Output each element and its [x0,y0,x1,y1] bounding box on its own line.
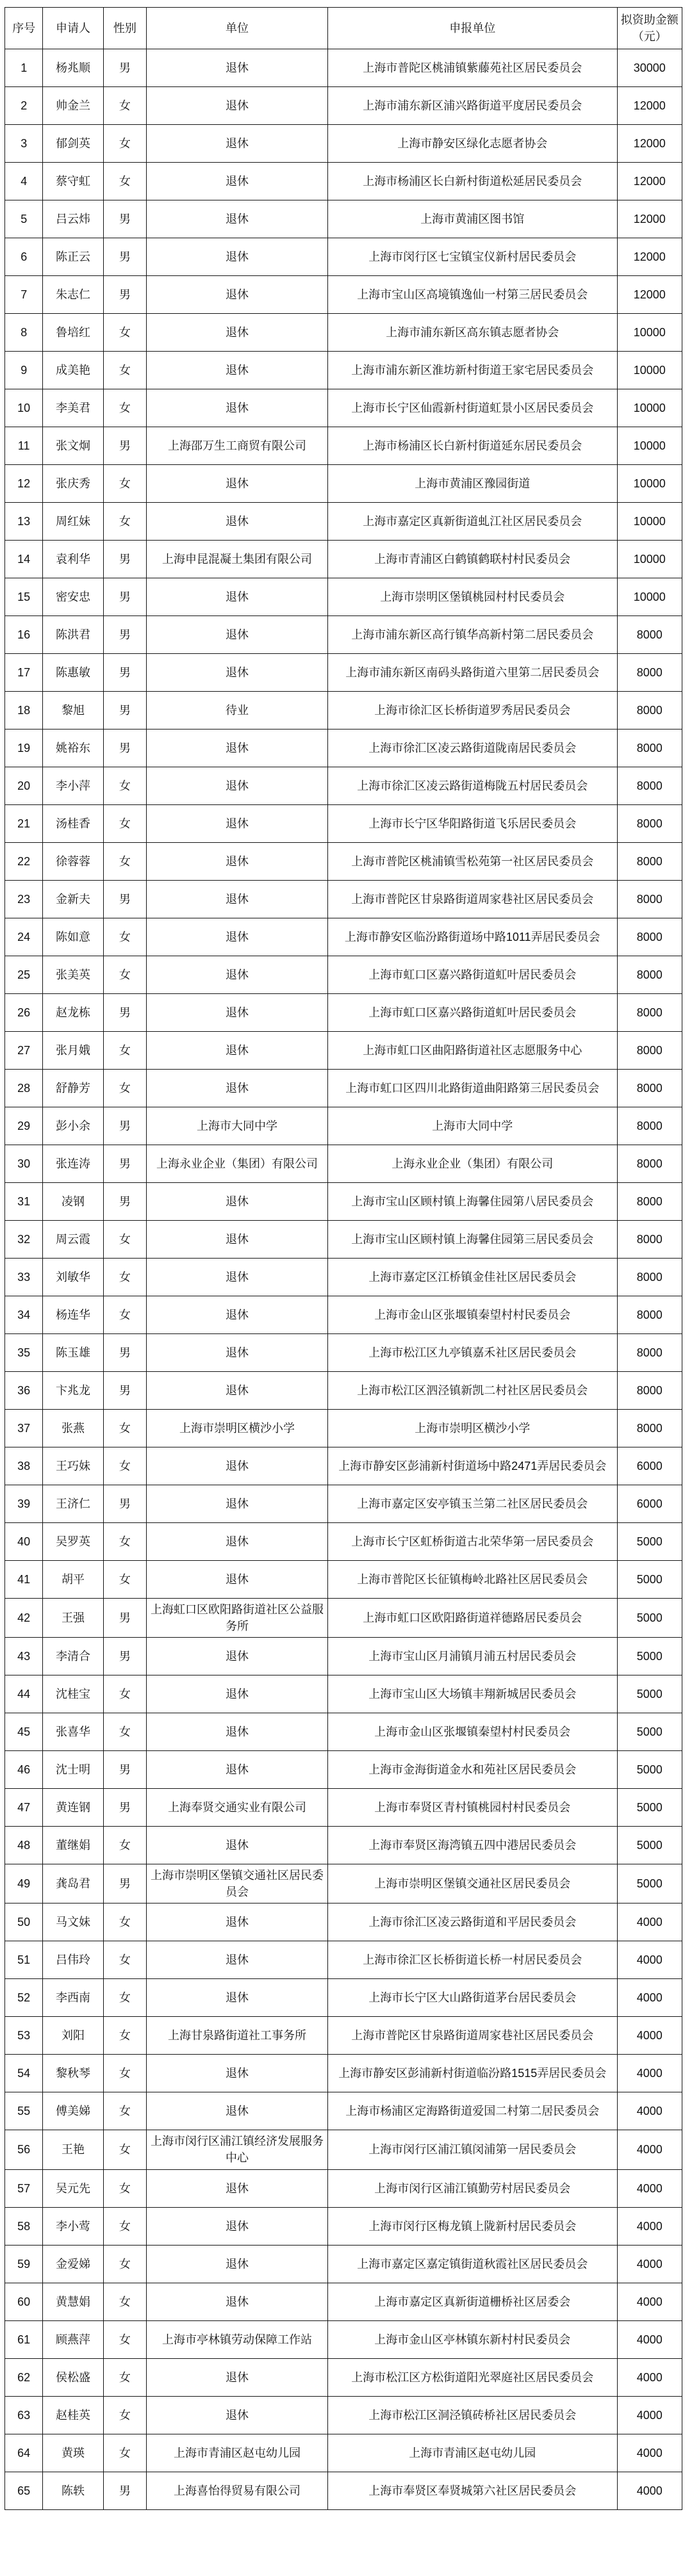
cell-unit: 退休 [147,616,328,654]
cell-no: 17 [5,654,43,692]
cell-unit: 上海奉贤交通实业有限公司 [147,1789,328,1827]
cell-no: 59 [5,2245,43,2283]
cell-reporting-unit: 上海市长宁区华阳路街道飞乐居民委员会 [327,805,617,843]
cell-amount: 8000 [617,1032,682,1070]
cell-gender: 男 [103,427,147,465]
cell-applicant: 李西南 [43,1979,103,2017]
cell-gender: 女 [103,2358,147,2396]
cell-applicant: 王艳 [43,2130,103,2169]
cell-reporting-unit: 上海市宝山区高境镇逸仙一村第三居民委员会 [327,276,617,314]
cell-unit: 退休 [147,918,328,956]
cell-amount: 10000 [617,541,682,578]
cell-unit: 退休 [147,1827,328,1864]
cell-amount: 6000 [617,1447,682,1485]
cell-unit: 上海市大同中学 [147,1107,328,1145]
cell-reporting-unit: 上海市虹口区嘉兴路街道虹叶居民委员会 [327,994,617,1032]
cell-applicant: 帅金兰 [43,87,103,125]
cell-gender: 女 [103,1713,147,1751]
cell-unit: 上海邵万生工商贸有限公司 [147,427,328,465]
cell-unit: 退休 [147,1296,328,1334]
cell-no: 21 [5,805,43,843]
cell-unit: 退休 [147,2055,328,2092]
cell-unit: 退休 [147,503,328,541]
cell-gender: 男 [103,1183,147,1221]
cell-amount: 8000 [617,956,682,994]
cell-gender: 男 [103,578,147,616]
table-row: 14袁利华男上海申昆混凝土集团有限公司上海市青浦区白鹤镇鹤联村村民委员会1000… [5,541,682,578]
cell-no: 23 [5,881,43,918]
cell-no: 42 [5,1599,43,1638]
table-row: 49龚岛君男上海市崇明区堡镇交通社区居民委员会上海市崇明区堡镇交通社区居民委员会… [5,1864,682,1903]
cell-no: 5 [5,200,43,238]
cell-unit: 退休 [147,730,328,767]
cell-no: 31 [5,1183,43,1221]
cell-unit: 退休 [147,2358,328,2396]
table-row: 43李清合男退休上海市宝山区月浦镇月浦五村居民委员会5000 [5,1638,682,1675]
cell-gender: 男 [103,616,147,654]
table-row: 60黄慧娟女退休上海市嘉定区真新街道栅桥社区居委会4000 [5,2283,682,2320]
cell-unit: 上海虹口区欧阳路街道社区公益服务所 [147,1599,328,1638]
cell-applicant: 王强 [43,1599,103,1638]
table-row: 21汤桂香女退休上海市长宁区华阳路街道飞乐居民委员会8000 [5,805,682,843]
cell-reporting-unit: 上海市金山区张堰镇秦望村村民委员会 [327,1296,617,1334]
cell-reporting-unit: 上海市金山区张堰镇秦望村村民委员会 [327,1713,617,1751]
cell-applicant: 李小萍 [43,767,103,805]
cell-applicant: 陈轶 [43,2472,103,2509]
cell-applicant: 吴罗英 [43,1523,103,1561]
cell-unit: 上海市青浦区赵屯幼儿园 [147,2434,328,2472]
cell-reporting-unit: 上海市虹口区欧阳路街道祥德路居民委员会 [327,1599,617,1638]
cell-applicant: 胡平 [43,1561,103,1599]
cell-applicant: 陈正云 [43,238,103,276]
table-row: 39王济仁男退休上海市嘉定区安亭镇玉兰第二社区居民委员会6000 [5,1485,682,1523]
table-row: 2帅金兰女退休上海市浦东新区浦兴路街道平度居民委员会12000 [5,87,682,125]
cell-reporting-unit: 上海市嘉定区嘉定镇街道秋霞社区居民委员会 [327,2245,617,2283]
cell-reporting-unit: 上海市闵行区七宝镇宝仪新村居民委员会 [327,238,617,276]
cell-unit: 退休 [147,767,328,805]
cell-gender: 女 [103,1296,147,1334]
cell-amount: 8000 [617,1107,682,1145]
table-body: 1杨兆顺男退休上海市普陀区桃浦镇紫藤苑社区居民委员会300002帅金兰女退休上海… [5,49,682,2510]
cell-amount: 5000 [617,1751,682,1789]
cell-amount: 12000 [617,200,682,238]
cell-applicant: 吴元先 [43,2169,103,2207]
cell-amount: 5000 [617,1523,682,1561]
cell-applicant: 吕伟玲 [43,1941,103,1979]
cell-reporting-unit: 上海市徐汇区长桥街道长桥一村居民委员会 [327,1941,617,1979]
cell-gender: 男 [103,1789,147,1827]
cell-reporting-unit: 上海市松江区洞泾镇砖桥社区居民委员会 [327,2396,617,2434]
cell-applicant: 郁剑英 [43,125,103,163]
cell-gender: 女 [103,2245,147,2283]
cell-unit: 退休 [147,1334,328,1372]
cell-gender: 男 [103,881,147,918]
cell-amount: 8000 [617,1334,682,1372]
cell-gender: 女 [103,2092,147,2130]
cell-unit: 退休 [147,1259,328,1296]
cell-reporting-unit: 上海市虹口区曲阳路街道社区志愿服务中心 [327,1032,617,1070]
table-row: 31凌钢男退休上海市宝山区顾村镇上海馨住园第八居民委员会8000 [5,1183,682,1221]
cell-unit: 退休 [147,1751,328,1789]
cell-applicant: 刘敏华 [43,1259,103,1296]
cell-applicant: 张喜华 [43,1713,103,1751]
table-row: 11张文炯男上海邵万生工商贸有限公司上海市杨浦区长白新村街道延东居民委员会100… [5,427,682,465]
cell-no: 62 [5,2358,43,2396]
table-row: 61顾燕萍女上海市亭林镇劳动保障工作站上海市金山区亭林镇东新村村民委员会4000 [5,2320,682,2358]
cell-reporting-unit: 上海市普陀区长征镇梅岭北路社区居民委员会 [327,1561,617,1599]
cell-gender: 女 [103,1941,147,1979]
table-row: 27张月娥女退休上海市虹口区曲阳路街道社区志愿服务中心8000 [5,1032,682,1070]
cell-reporting-unit: 上海市崇明区堡镇交通社区居民委员会 [327,1864,617,1903]
cell-applicant: 马文妹 [43,1903,103,1941]
cell-amount: 12000 [617,163,682,200]
cell-amount: 8000 [617,616,682,654]
cell-applicant: 凌钢 [43,1183,103,1221]
table-row: 32周云霞女退休上海市宝山区顾村镇上海馨住园第三居民委员会8000 [5,1221,682,1259]
cell-unit: 退休 [147,1032,328,1070]
table-row: 9成美艳女退休上海市浦东新区淮坊新村街道王家宅居民委员会10000 [5,352,682,389]
cell-amount: 5000 [617,1675,682,1713]
cell-gender: 男 [103,276,147,314]
table-row: 28舒静芳女退休上海市虹口区四川北路街道曲阳路第三居民委员会8000 [5,1070,682,1107]
cell-no: 37 [5,1410,43,1447]
table-row: 6陈正云男退休上海市闵行区七宝镇宝仪新村居民委员会12000 [5,238,682,276]
table-row: 50马文妹女退休上海市徐汇区凌云路街道和平居民委员会4000 [5,1903,682,1941]
table-row: 64黄瑛女上海市青浦区赵屯幼儿园上海市青浦区赵屯幼儿园4000 [5,2434,682,2472]
table-row: 36卞兆龙男退休上海市松江区泗泾镇新凯二村社区居民委员会8000 [5,1372,682,1410]
table-row: 1杨兆顺男退休上海市普陀区桃浦镇紫藤苑社区居民委员会30000 [5,49,682,87]
cell-amount: 6000 [617,1485,682,1523]
cell-amount: 12000 [617,238,682,276]
cell-no: 64 [5,2434,43,2472]
cell-amount: 10000 [617,352,682,389]
cell-applicant: 王济仁 [43,1485,103,1523]
cell-applicant: 杨连华 [43,1296,103,1334]
cell-amount: 12000 [617,87,682,125]
cell-unit: 退休 [147,1221,328,1259]
cell-reporting-unit: 上海市闵行区梅龙镇上陇新村居民委员会 [327,2207,617,2245]
cell-reporting-unit: 上海市静安区绿化志愿者协会 [327,125,617,163]
cell-reporting-unit: 上海市松江区九亭镇嘉禾社区居民委员会 [327,1334,617,1372]
cell-applicant: 周红妹 [43,503,103,541]
cell-gender: 女 [103,2055,147,2092]
header-col-applicant: 申请人 [43,8,103,49]
cell-gender: 男 [103,994,147,1032]
cell-applicant: 黎旭 [43,692,103,730]
cell-unit: 退休 [147,163,328,200]
header-col-amount: 拟资助金额（元） [617,8,682,49]
cell-no: 4 [5,163,43,200]
cell-amount: 5000 [617,1827,682,1864]
cell-no: 8 [5,314,43,352]
cell-gender: 女 [103,1447,147,1485]
cell-unit: 退休 [147,1523,328,1561]
cell-gender: 女 [103,1070,147,1107]
cell-reporting-unit: 上海市松江区泗泾镇新凯二村社区居民委员会 [327,1372,617,1410]
cell-amount: 10000 [617,314,682,352]
cell-reporting-unit: 上海市浦东新区高行镇华高新村第二居民委员会 [327,616,617,654]
cell-gender: 女 [103,1032,147,1070]
cell-no: 36 [5,1372,43,1410]
cell-no: 44 [5,1675,43,1713]
cell-unit: 上海市崇明区横沙小学 [147,1410,328,1447]
cell-no: 33 [5,1259,43,1296]
cell-reporting-unit: 上海市长宁区大山路街道茅台居民委员会 [327,1979,617,2017]
table-row: 12张庆秀女退休上海市黄浦区豫园街道10000 [5,465,682,503]
cell-no: 39 [5,1485,43,1523]
table-row: 16陈洪君男退休上海市浦东新区高行镇华高新村第二居民委员会8000 [5,616,682,654]
cell-gender: 男 [103,1372,147,1410]
cell-gender: 女 [103,389,147,427]
cell-reporting-unit: 上海市虹口区嘉兴路街道虹叶居民委员会 [327,956,617,994]
cell-no: 2 [5,87,43,125]
cell-amount: 12000 [617,276,682,314]
table-row: 17陈惠敏男退休上海市浦东新区南码头路街道六里第二居民委员会8000 [5,654,682,692]
cell-no: 15 [5,578,43,616]
cell-reporting-unit: 上海市闵行区浦江镇勤劳村居民委员会 [327,2169,617,2207]
cell-reporting-unit: 上海市浦东新区高东镇志愿者协会 [327,314,617,352]
cell-reporting-unit: 上海市杨浦区长白新村街道延东居民委员会 [327,427,617,465]
table-row: 26赵龙栋男退休上海市虹口区嘉兴路街道虹叶居民委员会8000 [5,994,682,1032]
cell-no: 52 [5,1979,43,2017]
cell-applicant: 黄连钢 [43,1789,103,1827]
cell-gender: 男 [103,200,147,238]
table-row: 24陈如意女退休上海市静安区临汾路街道场中路1011弄居民委员会8000 [5,918,682,956]
table-row: 52李西南女退休上海市长宁区大山路街道茅台居民委员会4000 [5,1979,682,2017]
table-row: 19姚裕东男退休上海市徐汇区凌云路街道陇南居民委员会8000 [5,730,682,767]
cell-gender: 女 [103,352,147,389]
cell-gender: 女 [103,1410,147,1447]
table-row: 35陈玉雄男退休上海市松江区九亭镇嘉禾社区居民委员会8000 [5,1334,682,1372]
cell-unit: 退休 [147,1485,328,1523]
cell-gender: 男 [103,1107,147,1145]
cell-gender: 女 [103,2320,147,2358]
cell-applicant: 陈如意 [43,918,103,956]
cell-reporting-unit: 上海市松江区方松街道阳光翠庭社区居民委员会 [327,2358,617,2396]
cell-unit: 退休 [147,1372,328,1410]
cell-applicant: 朱志仁 [43,276,103,314]
cell-unit: 退休 [147,1070,328,1107]
cell-no: 55 [5,2092,43,2130]
cell-applicant: 黎秋琴 [43,2055,103,2092]
cell-amount: 8000 [617,1221,682,1259]
cell-amount: 5000 [617,1864,682,1903]
cell-gender: 男 [103,238,147,276]
cell-gender: 女 [103,125,147,163]
cell-unit: 退休 [147,843,328,881]
cell-gender: 女 [103,767,147,805]
cell-amount: 4000 [617,1903,682,1941]
cell-gender: 女 [103,87,147,125]
cell-applicant: 张燕 [43,1410,103,1447]
cell-applicant: 黄慧娟 [43,2283,103,2320]
cell-amount: 4000 [617,2092,682,2130]
cell-applicant: 王巧妹 [43,1447,103,1485]
cell-gender: 男 [103,1751,147,1789]
cell-reporting-unit: 上海市崇明区横沙小学 [327,1410,617,1447]
cell-applicant: 卞兆龙 [43,1372,103,1410]
cell-applicant: 黄瑛 [43,2434,103,2472]
cell-no: 60 [5,2283,43,2320]
header-col-gender: 性别 [103,8,147,49]
cell-no: 53 [5,2017,43,2055]
cell-no: 28 [5,1070,43,1107]
header-col-unit: 单位 [147,8,328,49]
table-row: 44沈桂宝女退休上海市宝山区大场镇丰翔新城居民委员会5000 [5,1675,682,1713]
cell-no: 26 [5,994,43,1032]
cell-no: 13 [5,503,43,541]
table-row: 58李小莺女退休上海市闵行区梅龙镇上陇新村居民委员会4000 [5,2207,682,2245]
cell-gender: 女 [103,2396,147,2434]
table-row: 15密安忠男退休上海市崇明区堡镇桃园村村民委员会10000 [5,578,682,616]
cell-reporting-unit: 上海市金海街道金水和苑社区居民委员会 [327,1751,617,1789]
cell-no: 48 [5,1827,43,1864]
cell-no: 49 [5,1864,43,1903]
cell-no: 9 [5,352,43,389]
cell-unit: 退休 [147,2396,328,2434]
table-row: 34杨连华女退休上海市金山区张堰镇秦望村村民委员会8000 [5,1296,682,1334]
cell-unit: 上海永业企业（集团）有限公司 [147,1145,328,1183]
cell-unit: 退休 [147,2207,328,2245]
cell-amount: 8000 [617,881,682,918]
cell-unit: 退休 [147,125,328,163]
cell-amount: 4000 [617,2472,682,2509]
cell-gender: 男 [103,2472,147,2509]
cell-reporting-unit: 上海市嘉定区真新街道栅桥社区居委会 [327,2283,617,2320]
cell-applicant: 李清合 [43,1638,103,1675]
cell-gender: 女 [103,2169,147,2207]
cell-reporting-unit: 上海市普陀区甘泉路街道周家巷社区居民委员会 [327,881,617,918]
cell-applicant: 李美君 [43,389,103,427]
cell-amount: 8000 [617,1372,682,1410]
cell-unit: 退休 [147,276,328,314]
cell-no: 27 [5,1032,43,1070]
cell-reporting-unit: 上海市杨浦区定海路街道爱国二村第二居民委员会 [327,2092,617,2130]
cell-no: 40 [5,1523,43,1561]
cell-gender: 男 [103,692,147,730]
cell-gender: 男 [103,1145,147,1183]
cell-unit: 上海喜怡得贸易有限公司 [147,2472,328,2509]
table-row: 37张燕女上海市崇明区横沙小学上海市崇明区横沙小学8000 [5,1410,682,1447]
cell-no: 45 [5,1713,43,1751]
cell-unit: 上海甘泉路街道社工事务所 [147,2017,328,2055]
cell-reporting-unit: 上海市静安区临汾路街道场中路1011弄居民委员会 [327,918,617,956]
cell-gender: 男 [103,1864,147,1903]
cell-applicant: 张月娥 [43,1032,103,1070]
cell-gender: 女 [103,2017,147,2055]
cell-unit: 退休 [147,578,328,616]
cell-amount: 8000 [617,767,682,805]
cell-gender: 女 [103,2434,147,2472]
cell-gender: 男 [103,730,147,767]
cell-no: 51 [5,1941,43,1979]
cell-amount: 4000 [617,2283,682,2320]
cell-reporting-unit: 上海市嘉定区江桥镇金佳社区居民委员会 [327,1259,617,1296]
cell-gender: 女 [103,956,147,994]
cell-unit: 退休 [147,1183,328,1221]
table-row: 22徐蓉蓉女退休上海市普陀区桃浦镇雪松苑第一社区居民委员会8000 [5,843,682,881]
cell-amount: 5000 [617,1599,682,1638]
cell-reporting-unit: 上海市奉贤区海湾镇五四中港居民委员会 [327,1827,617,1864]
table-row: 57吴元先女退休上海市闵行区浦江镇勤劳村居民委员会4000 [5,2169,682,2207]
cell-amount: 4000 [617,1941,682,1979]
cell-gender: 男 [103,1334,147,1372]
cell-unit: 退休 [147,1713,328,1751]
cell-applicant: 傅美娣 [43,2092,103,2130]
cell-reporting-unit: 上海市浦东新区南码头路街道六里第二居民委员会 [327,654,617,692]
cell-no: 29 [5,1107,43,1145]
header-col-no: 序号 [5,8,43,49]
table-row: 56王艳女上海市闵行区浦江镇经济发展服务中心上海市闵行区浦江镇闵浦第一居民委员会… [5,2130,682,2169]
cell-gender: 女 [103,1827,147,1864]
table-row: 46沈士明男退休上海市金海街道金水和苑社区居民委员会5000 [5,1751,682,1789]
cell-reporting-unit: 上海市黄浦区豫园街道 [327,465,617,503]
cell-gender: 男 [103,1485,147,1523]
cell-reporting-unit: 上海市青浦区赵屯幼儿园 [327,2434,617,2472]
cell-amount: 8000 [617,1145,682,1183]
cell-applicant: 赵龙栋 [43,994,103,1032]
cell-applicant: 袁利华 [43,541,103,578]
cell-no: 14 [5,541,43,578]
table-row: 4蔡守虹女退休上海市杨浦区长白新村街道松延居民委员会12000 [5,163,682,200]
cell-applicant: 周云霞 [43,1221,103,1259]
cell-applicant: 姚裕东 [43,730,103,767]
cell-unit: 上海市亭林镇劳动保障工作站 [147,2320,328,2358]
cell-unit: 上海申昆混凝土集团有限公司 [147,541,328,578]
cell-reporting-unit: 上海市浦东新区淮坊新村街道王家宅居民委员会 [327,352,617,389]
cell-unit: 退休 [147,2283,328,2320]
cell-no: 58 [5,2207,43,2245]
cell-no: 19 [5,730,43,767]
cell-amount: 12000 [617,125,682,163]
cell-no: 63 [5,2396,43,2434]
cell-no: 32 [5,1221,43,1259]
cell-reporting-unit: 上海市徐汇区凌云路街道梅陇五村居民委员会 [327,767,617,805]
cell-gender: 女 [103,843,147,881]
table-row: 48董继娟女退休上海市奉贤区海湾镇五四中港居民委员会5000 [5,1827,682,1864]
table-row: 51吕伟玲女退休上海市徐汇区长桥街道长桥一村居民委员会4000 [5,1941,682,1979]
cell-unit: 退休 [147,2245,328,2283]
cell-gender: 女 [103,2207,147,2245]
cell-no: 6 [5,238,43,276]
cell-reporting-unit: 上海市虹口区四川北路街道曲阳路第三居民委员会 [327,1070,617,1107]
cell-reporting-unit: 上海市静安区彭浦新村街道场中路2471弄居民委员会 [327,1447,617,1485]
cell-unit: 上海市闵行区浦江镇经济发展服务中心 [147,2130,328,2169]
cell-no: 54 [5,2055,43,2092]
cell-gender: 女 [103,1259,147,1296]
cell-reporting-unit: 上海市青浦区白鹤镇鹤联村村民委员会 [327,541,617,578]
cell-no: 65 [5,2472,43,2509]
cell-applicant: 张文炯 [43,427,103,465]
cell-reporting-unit: 上海市奉贤区青村镇桃园村村民委员会 [327,1789,617,1827]
cell-reporting-unit: 上海市宝山区大场镇丰翔新城居民委员会 [327,1675,617,1713]
cell-no: 11 [5,427,43,465]
cell-unit: 退休 [147,1447,328,1485]
cell-gender: 男 [103,1599,147,1638]
cell-no: 43 [5,1638,43,1675]
cell-reporting-unit: 上海市宝山区顾村镇上海馨住园第三居民委员会 [327,1221,617,1259]
cell-no: 30 [5,1145,43,1183]
header-col-reporting-unit: 申报单位 [327,8,617,49]
cell-gender: 女 [103,1221,147,1259]
cell-amount: 4000 [617,2434,682,2472]
table-row: 3郁剑英女退休上海市静安区绿化志愿者协会12000 [5,125,682,163]
cell-unit: 退休 [147,956,328,994]
cell-amount: 4000 [617,2396,682,2434]
cell-applicant: 沈士明 [43,1751,103,1789]
cell-unit: 退休 [147,994,328,1032]
table-row: 20李小萍女退休上海市徐汇区凌云路街道梅陇五村居民委员会8000 [5,767,682,805]
